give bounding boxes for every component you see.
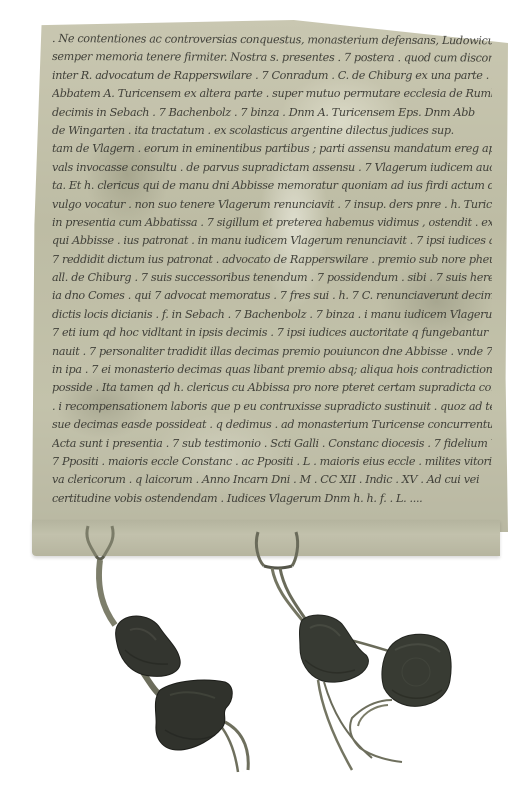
charter-document: . Ne contentiones ac controversias conqu…: [0, 0, 525, 788]
wax-seal-icon: [155, 680, 232, 750]
wax-seal-icon: [116, 616, 181, 676]
wax-seal-icon: [382, 634, 451, 706]
wax-seal-icon: [300, 615, 369, 682]
seals-and-cords: [0, 0, 525, 788]
